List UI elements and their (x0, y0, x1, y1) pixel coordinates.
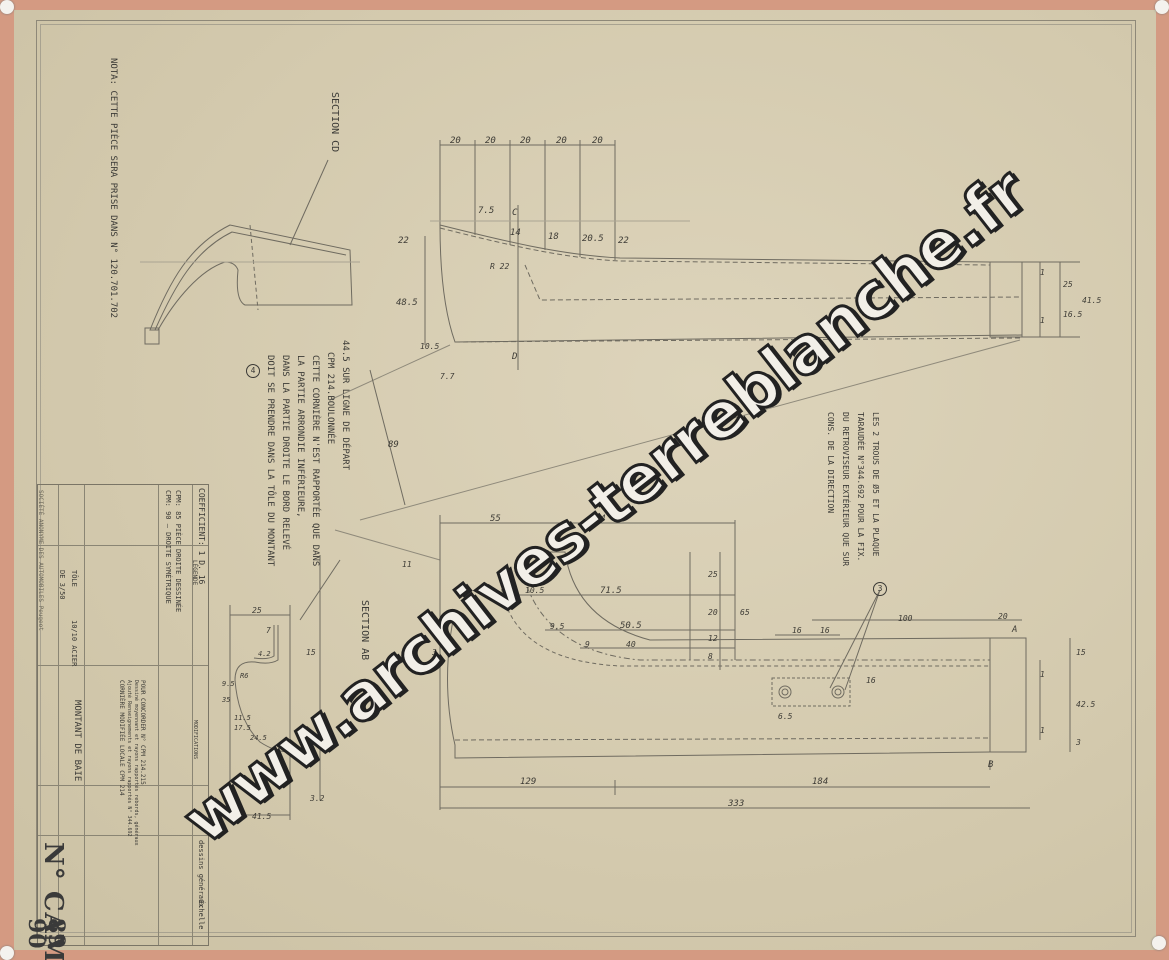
modifications-label: MODIFICATIONS (192, 720, 198, 759)
dim-9-5: 9.5 (550, 622, 564, 631)
dim-3-2: 3.2 (310, 794, 324, 803)
coefficient: COEFFICIENT: 1 D. 16 (197, 488, 206, 584)
legend-item: CPM: 85 PIÈCE DROITE DESSINÉE (174, 490, 182, 612)
dim-r6: R6 (240, 672, 248, 680)
modification-line: Ajouté Renseignements et rayons rapporté… (126, 680, 132, 837)
note-line: DANS LA PARTIE DROITE LE BORD RELEVÉ (280, 355, 290, 550)
note-ref-3-circle: 3 (873, 582, 887, 596)
dim-height-22: 22 (398, 236, 409, 246)
label-a: A (1012, 625, 1017, 635)
dim-40: 40 (626, 640, 636, 649)
modification-line: Dessiné moyennant et rayons rapportés re… (133, 680, 139, 846)
note-line: CONS. DE LA DIRECTION (826, 412, 835, 513)
dim-9: 9 (585, 640, 590, 649)
dim-height: 20.5 (582, 234, 604, 244)
note-line: LES 2 TROUS DE Ø5 ET LA PLAQUE (871, 412, 880, 557)
dim-333: 333 (728, 799, 744, 809)
dim-50-5: 50.5 (620, 621, 642, 631)
note-piece-reference: NOTA: CETTE PIÈCE SERA PRISE DANS N° 120… (108, 58, 118, 318)
label-c: C (512, 208, 517, 218)
dim-spacing: 20 (592, 136, 603, 146)
dim-10-5: 10.5 (420, 342, 439, 351)
dim-11-5: 11.5 (234, 714, 251, 722)
dim-71-5: 71.5 (600, 586, 622, 596)
dim-3: 3 (1076, 738, 1081, 747)
note-start-line: 44.5 SUR LIGNE DE DÉPART (340, 340, 350, 470)
note-ref-4-circle: 4 (246, 364, 260, 378)
dim-1: 1 (1040, 268, 1045, 277)
dim-4-2: 4.2 (258, 650, 271, 658)
material-value: TÔLE (70, 570, 78, 587)
dim-spacing: 20 (556, 136, 567, 146)
dim-15: 15 (306, 648, 316, 657)
dim-6-5: 6.5 (778, 712, 792, 721)
dim-65: 65 (740, 608, 750, 617)
designation-value: MONTANT DE BAIE (72, 700, 82, 781)
dim-15: 15 (1076, 648, 1086, 657)
dim-height: 18 (548, 232, 559, 242)
note-line: LA PARTIE ARRONDIE INFÉRIEURE, (295, 355, 305, 518)
dim-height: 7.5 (478, 206, 494, 216)
label-section-cd: SECTION CD (329, 92, 340, 152)
dim-16-5: 16.5 (1063, 310, 1082, 319)
dim-12: 12 (708, 634, 718, 643)
dim-7: 7 (266, 626, 271, 635)
dim-25: 25 (252, 606, 262, 615)
dim-20: 20 (708, 608, 718, 617)
dim-35: 35 (222, 696, 230, 704)
note-cpm-bolted: CPM 214.BOULONNÉE (325, 352, 335, 444)
note-line: DU RETROVISEUR EXTÉRIEUR QUE SUR (841, 412, 850, 566)
cam-number: 89 90 (26, 918, 66, 949)
label-b: B (988, 760, 993, 770)
dim-100: 100 (898, 614, 912, 623)
dim-spacing: 20 (485, 136, 496, 146)
dim-129: 129 (520, 777, 536, 787)
date-value: DE 3/50 (58, 570, 66, 600)
dim-11: 11 (402, 560, 412, 569)
dim-1: 1 (1040, 726, 1045, 735)
dim-17-5: 17.5 (234, 724, 251, 732)
dim-height: 22 (618, 236, 629, 246)
dim-20: 20 (998, 612, 1008, 621)
dim-height: 14 (510, 228, 521, 238)
company-name: SOCIÉTÉ ANONYME DES AUTOMOBILES Peugeot (37, 490, 44, 631)
dim-25: 25 (1063, 280, 1073, 289)
legende-label: LÉGENDE (191, 560, 198, 585)
dim-spacing: 20 (520, 136, 531, 146)
thickness-value: 10/10 ACIER (70, 620, 78, 666)
modification-line: CORNIÈRE MODIFIÉE LOCALE CPM 214 (118, 680, 125, 796)
dim-8: 8 (708, 652, 713, 661)
dim-42-5: 42.5 (1076, 700, 1095, 709)
dim-16: 16 (820, 626, 830, 635)
dim-16-vertical: 16 (866, 676, 876, 685)
dim-41-5: 41.5 (1082, 296, 1101, 305)
dim-9-5: 9.5 (222, 680, 235, 688)
note-line: CETTE CORNIÈRE N'EST RAPPORTÉE QUE DANS (310, 355, 320, 566)
dim-spacing: 20 (450, 136, 461, 146)
echelle-label: Échelle (197, 900, 205, 930)
dim-16: 16 (792, 626, 802, 635)
dim-radius-22: R 22 (490, 262, 509, 271)
dim-89: 89 (388, 440, 399, 450)
etudes-value: dessins généraux (197, 840, 205, 907)
dim-7-7: 7.7 (440, 372, 454, 381)
dim-1: 1 (1040, 670, 1045, 679)
dim-1: 1 (1040, 316, 1045, 325)
label-d: D (512, 352, 517, 362)
dim-25: 25 (708, 570, 718, 579)
note-line: TARAUDÉE N°344.692 POUR LA FIX. (856, 412, 865, 561)
note-line: DOIT SE PRENDRE DANS LA TÔLE DU MONTANT (265, 355, 275, 566)
dim-55: 55 (490, 514, 501, 524)
legend-item: CPM: 90 — DROITE SYMÉTRIQUE (164, 490, 172, 604)
dim-height-48-5: 48.5 (396, 298, 418, 308)
modification-line: POUR CONCORDER N° CPM 214.215 (139, 680, 146, 785)
dim-184: 184 (812, 777, 828, 787)
